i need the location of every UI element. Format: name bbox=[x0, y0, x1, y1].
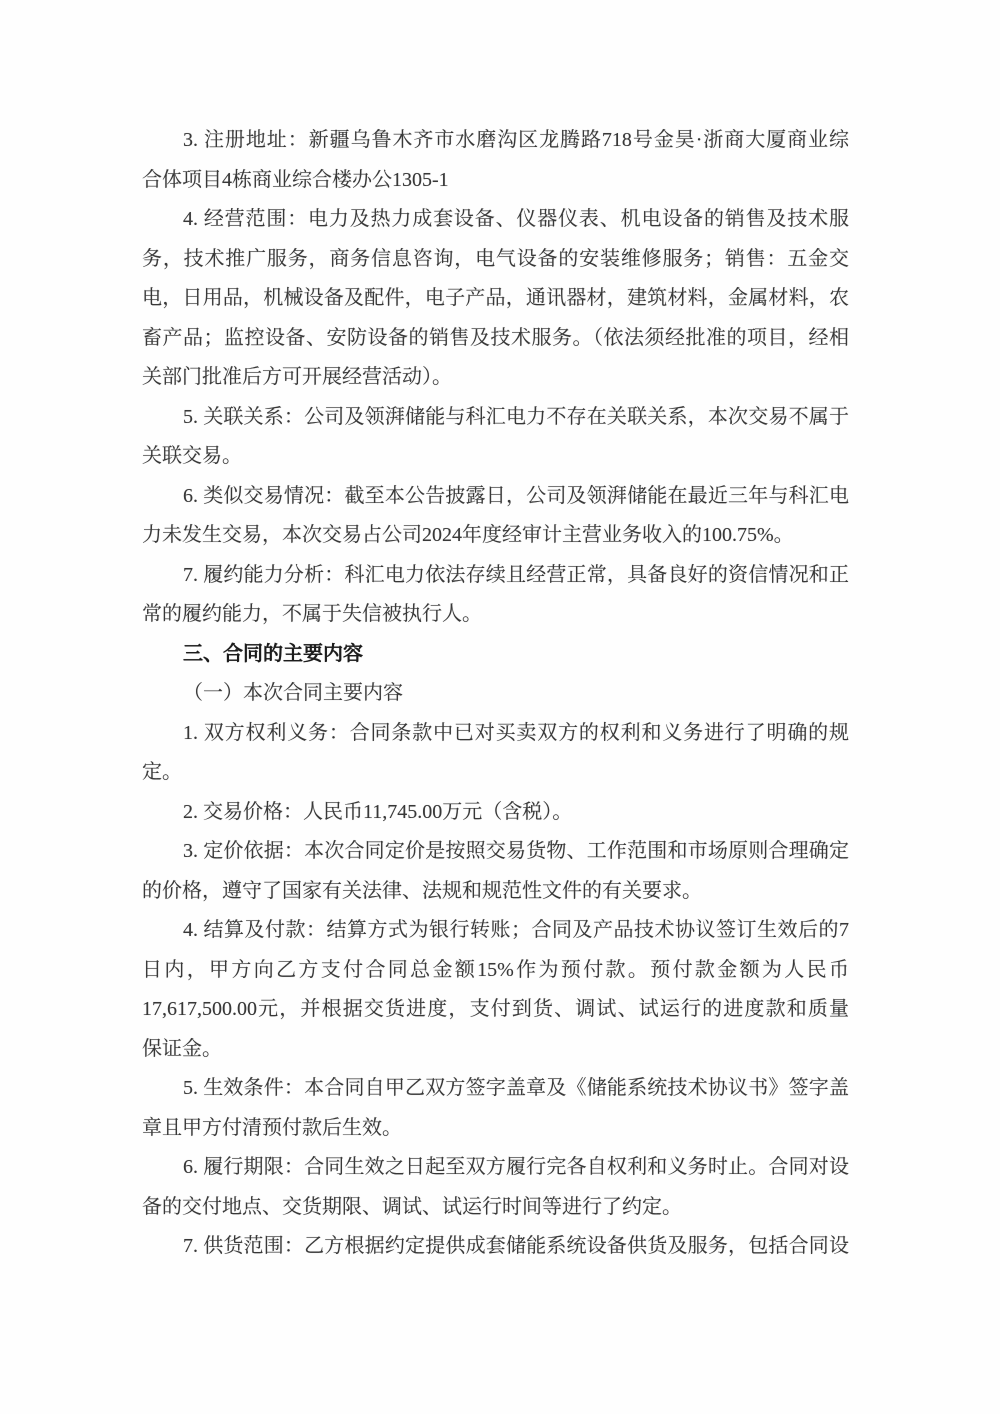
text-line-business-scope-cont: 务，技术推广服务，商务信息咨询，电气设备的安装维修服务；销售：五金交 bbox=[142, 240, 849, 280]
text-line-similar-transactions: 6. 类似交易情况：截至本公告披露日，公司及领湃储能在最近三年与科汇电 bbox=[142, 477, 849, 517]
text-line-settlement-payment-cont: 保证金。 bbox=[142, 1030, 849, 1070]
text-line-business-scope-cont: 畜产品；监控设备、安防设备的销售及技术服务。（依法须经批准的项目，经相 bbox=[142, 319, 849, 359]
text-line-effective-conditions-cont: 章且甲方付清预付款后生效。 bbox=[142, 1109, 849, 1149]
document-text-block: 3. 注册地址：新疆乌鲁木齐市水磨沟区龙腾路718号金昊·浙商大厦商业综 合体项… bbox=[142, 121, 849, 1267]
text-line-business-scope: 4. 经营范围：电力及热力成套设备、仪器仪表、机电设备的销售及技术服 bbox=[142, 200, 849, 240]
text-line-registered-address-cont: 合体项目4栋商业综合楼办公1305-1 bbox=[142, 161, 849, 201]
text-line-registered-address: 3. 注册地址：新疆乌鲁木齐市水磨沟区龙腾路718号金昊·浙商大厦商业综 bbox=[142, 121, 849, 161]
document-page: 3. 注册地址：新疆乌鲁木齐市水磨沟区龙腾路718号金昊·浙商大厦商业综 合体项… bbox=[0, 0, 1000, 1414]
text-line-effective-conditions: 5. 生效条件：本合同自甲乙双方签字盖章及《储能系统技术协议书》签字盖 bbox=[142, 1069, 849, 1109]
text-line-rights-obligations: 1. 双方权利义务：合同条款中已对买卖双方的权利和义务进行了明确的规 bbox=[142, 714, 849, 754]
text-line-performance-period-cont: 备的交付地点、交货期限、调试、试运行时间等进行了约定。 bbox=[142, 1188, 849, 1228]
text-line-pricing-basis-cont: 的价格，遵守了国家有关法律、法规和规范性文件的有关要求。 bbox=[142, 872, 849, 912]
text-line-similar-transactions-cont: 力未发生交易，本次交易占公司2024年度经审计主营业务收入的100.75%。 bbox=[142, 516, 849, 556]
section-heading-contract-content: 三、合同的主要内容 bbox=[142, 635, 849, 675]
text-line-performance-analysis-cont: 常的履约能力，不属于失信被执行人。 bbox=[142, 595, 849, 635]
text-line-settlement-payment: 4. 结算及付款：结算方式为银行转账；合同及产品技术协议签订生效后的7 bbox=[142, 911, 849, 951]
text-line-supply-scope: 7. 供货范围：乙方根据约定提供成套储能系统设备供货及服务，包括合同设 bbox=[142, 1227, 849, 1267]
text-line-related-party-cont: 关联交易。 bbox=[142, 437, 849, 477]
text-line-transaction-price: 2. 交易价格：人民币11,745.00万元（含税）。 bbox=[142, 793, 849, 833]
subsection-heading-main-content: （一）本次合同主要内容 bbox=[142, 674, 849, 714]
text-line-rights-obligations-cont: 定。 bbox=[142, 753, 849, 793]
text-line-settlement-payment-cont: 日内，甲方向乙方支付合同总金额15%作为预付款。预付款金额为人民币 bbox=[142, 951, 849, 991]
text-line-performance-period: 6. 履行期限：合同生效之日起至双方履行完各自权利和义务时止。合同对设 bbox=[142, 1148, 849, 1188]
text-line-business-scope-cont: 电，日用品，机械设备及配件，电子产品，通讯器材，建筑材料，金属材料，农 bbox=[142, 279, 849, 319]
text-line-pricing-basis: 3. 定价依据：本次合同定价是按照交易货物、工作范围和市场原则合理确定 bbox=[142, 832, 849, 872]
text-line-performance-analysis: 7. 履约能力分析：科汇电力依法存续且经营正常，具备良好的资信情况和正 bbox=[142, 556, 849, 596]
text-line-business-scope-cont: 关部门批准后方可开展经营活动）。 bbox=[142, 358, 849, 398]
text-line-settlement-payment-cont: 17,617,500.00元，并根据交货进度，支付到货、调试、试运行的进度款和质… bbox=[142, 990, 849, 1030]
text-line-related-party: 5. 关联关系：公司及领湃储能与科汇电力不存在关联关系，本次交易不属于 bbox=[142, 398, 849, 438]
